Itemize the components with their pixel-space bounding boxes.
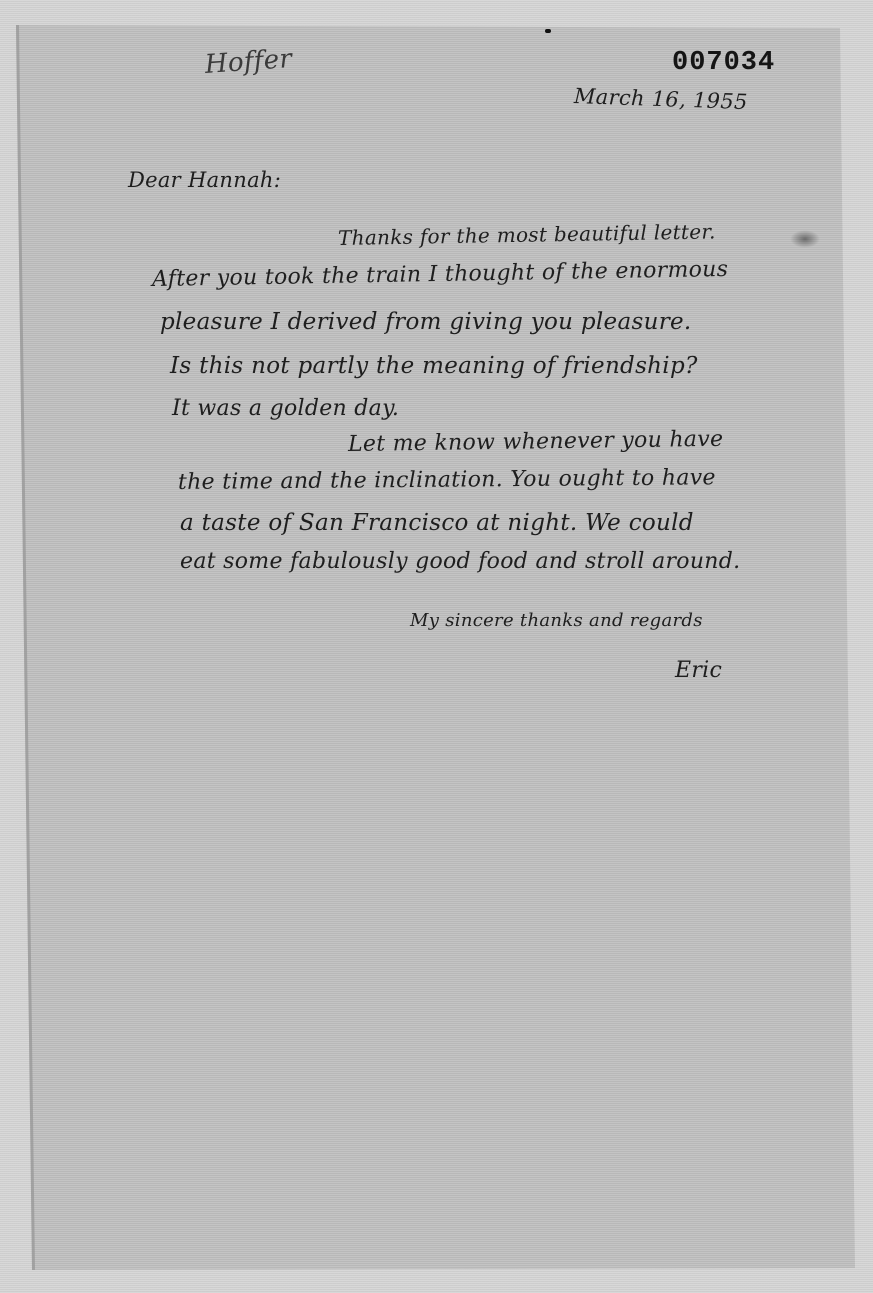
body-line-3: pleasure I derived from giving you pleas… bbox=[160, 309, 692, 335]
salutation: Dear Hannah: bbox=[128, 168, 281, 192]
ink-mark bbox=[545, 29, 551, 33]
signature: Eric bbox=[675, 658, 722, 683]
closing: My sincere thanks and regards bbox=[410, 610, 703, 631]
body-line-8: a taste of San Francisco at night. We co… bbox=[180, 510, 694, 536]
letter-page: Hoffer 007034 March 16, 1955 Dear Hannah… bbox=[0, 0, 873, 1293]
paper-sheet bbox=[0, 0, 873, 1293]
body-line-5: It was a golden day. bbox=[172, 396, 399, 421]
archive-stamp-number: 007034 bbox=[672, 48, 775, 78]
file-name-note: Hoffer bbox=[204, 44, 293, 80]
body-line-6: Let me know whenever you have bbox=[348, 427, 724, 457]
ink-smudge bbox=[790, 230, 820, 248]
body-line-9: eat some fabulously good food and stroll… bbox=[180, 549, 740, 574]
body-line-7: the time and the inclination. You ought … bbox=[178, 465, 716, 495]
body-line-4: Is this not partly the meaning of friend… bbox=[170, 353, 698, 379]
